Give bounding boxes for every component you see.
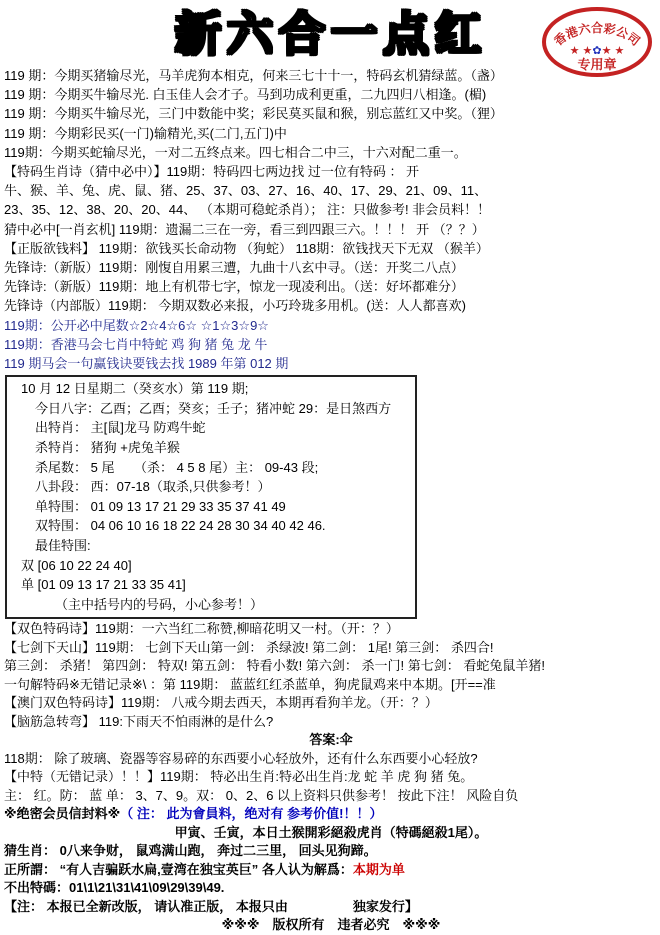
bottom-lines-block: 【双色特码诗】119期：一六当红二称赞,柳暗花明又一村。（开：？） 【七剑下天山… <box>4 620 658 935</box>
text-line-blue: 119期：公开必中尾数☆2☆4☆6☆ ☆1☆3☆9☆ <box>4 316 658 335</box>
box-line: 杀特肖： 猪狗 +虎兔羊猴 <box>13 438 415 458</box>
text-line: 先锋诗:（新版）119期：地上有机带七字，惊龙一现凌利出。（送：好坏都难分） <box>4 277 658 296</box>
box-line: 今日八字：乙酉；乙酉；癸亥；壬子；猪冲蛇 29：是日煞西方 <box>13 399 415 419</box>
text-line: 【双色特码诗】119期：一六当红二称赞,柳暗花明又一村。（开：？） <box>4 620 658 639</box>
text-line: 118期： 除了玻璃、瓷器等容易碎的东西要小心轻放外，还有什么东西要小心轻放? <box>4 750 658 769</box>
tip-sheet-page: 新六合一点红 香港六合彩公司 ★ ★✿★ ★ 专用章 119 期：今期买猪输尽光… <box>0 0 660 935</box>
box-line: 最佳特围: <box>13 536 415 556</box>
box-line: （主中括号内的号码，小心参考！） <box>13 595 415 615</box>
text-line: 119期：今期买蛇输尽光，一对二五终点来。四七相合二中三，十六对配二重一。 <box>4 143 658 162</box>
text-line: 119 期：今期买牛输尽光. 白玉佳人会才子。马到功成利更重，二九四归八相逢。(… <box>4 85 658 104</box>
text-line: 119 期：今期彩民买(一门)输精光,买(二门,五门)中 <box>4 124 658 143</box>
flower-icon: ✿ <box>592 45 601 57</box>
daily-info-box: 10 月 12 日星期二（癸亥水）第 119 期; 今日八字：乙酉；乙酉；癸亥；… <box>5 375 417 619</box>
text-line: 先锋诗（内部版）119期： 今期双数必来报，小巧玲珑多用机。(送：人人都喜欢) <box>4 296 658 315</box>
member-note-line: ※绝密会员信封料※（ 注： 此为會員料，绝对有 参考价值!！！） <box>4 805 658 824</box>
header: 新六合一点红 香港六合彩公司 ★ ★✿★ ★ 专用章 <box>4 4 658 66</box>
text-line: 先锋诗:（新版）119期：刚愎自用累三遭，九曲十八玄中寻。（送：开奖二八点） <box>4 258 658 277</box>
zheng-suowei-red: 本期为单 <box>353 862 405 877</box>
zheng-suowei-black: 正所謂： “有人吉骗跃水扁,壹湾在独宝英巨” 各人认为解爲： <box>4 862 353 877</box>
note-line: 【注： 本报已全新改版， 请认准正版， 本报只由 独家发行】 <box>4 898 658 917</box>
company-stamp: 香港六合彩公司 ★ ★✿★ ★ 专用章 <box>540 4 654 80</box>
cai-shengxiao-line: 猜生肖： 0八来争财， 鼠鸡满山跑， 奔过二三里， 回头见狗蹄。 <box>4 842 658 861</box>
box-date-line: 10 月 12 日星期二（癸亥水）第 119 期; <box>13 379 415 399</box>
text-line: 23、35、12、38、20、20、44、 （本期可稳蛇杀肖）； 注：只做参考!… <box>4 200 658 219</box>
text-line: 【澳门双色特码诗】119期： 八戒今期去西天，本期再看狗羊龙。（开：？） <box>4 694 658 713</box>
stamp-bottom-text: 专用章 <box>577 57 616 72</box>
stamp-stars: ★ ★✿★ ★ <box>570 45 625 57</box>
box-line: 出特肖： 主[鼠]龙马 防鸡牛蛇 <box>13 418 415 438</box>
zheng-suowei-line: 正所謂： “有人吉骗跃水扁,壹湾在独宝英巨” 各人认为解爲：本期为单 <box>4 861 658 880</box>
box-line: 单 [01 09 13 17 21 33 35 41] <box>13 575 415 595</box>
text-line: 【特码生肖诗（猜中必中）】119期：特码四七两边找 过一位有特码 ： 开 <box>4 162 658 181</box>
text-line: 主： 红。防： 蓝 单： 3、7、9。双： 0、2、6 以上资料只供参考！ 按此… <box>4 787 658 806</box>
box-line: 双特围： 04 06 10 16 18 22 24 28 30 34 40 42… <box>13 516 415 536</box>
copyright-line: ※※※ 版权所有 违者必究 ※※※ <box>4 916 658 935</box>
box-line: 八卦段： 西：07-18（取杀,只供参考！） <box>13 477 415 497</box>
text-line-blue: 119 期马会一句赢钱诀要钱去找 1989 年第 012 期 <box>4 354 658 373</box>
text-line: 猜中必中[一肖玄机] 119期：遗漏二三在一旁，看三到四跟三六。！！！ 开 （？… <box>4 220 658 239</box>
member-note-blue: （ 注： 此为會員料，绝对有 参考价值!！！） <box>120 806 382 821</box>
jiayin-line: 甲寅、壬寅，本日土猴開彩絕殺虎肖（特碼絕殺1尾）。 <box>4 824 658 843</box>
text-line: 牛、猴、羊、兔、虎、鼠、猪、25、37、03、27、16、40、17、29、21… <box>4 181 658 200</box>
text-line: 【七剑下天山】119期： 七剑下天山第一剑： 杀绿波! 第二剑： 1尾! 第三剑… <box>4 639 658 658</box>
riddle-answer: 答案:伞 <box>4 731 658 750</box>
text-line: 【中特（无错记录）！！】119期： 特必出生肖:特必出生肖:龙 蛇 羊 虎 狗 … <box>4 768 658 787</box>
box-line: 双 [06 10 22 24 40] <box>13 556 415 576</box>
box-line: 杀尾数： 5 尾 （杀： 4 5 8 尾）主： 09-43 段; <box>13 458 415 478</box>
box-line: 单特围： 01 09 13 17 21 29 33 35 37 41 49 <box>13 497 415 517</box>
text-line: 【脑筋急转弯】 119:下雨天不怕雨淋的是什么? <box>4 713 658 732</box>
text-line-blue: 119期：香港马会七肖中特蛇 鸡 狗 猪 兔 龙 牛 <box>4 335 658 354</box>
bu-chu-tema-line: 不出特碼：01\1\21\31\41\09\29\39\49. <box>4 879 658 898</box>
text-line: 119 期：今期买牛输尽光，三门中数能中奖；彩民莫买鼠和猴，别忘蓝红又中奖。（狸… <box>4 104 658 123</box>
member-note-black: ※绝密会员信封料※ <box>4 806 120 821</box>
text-line: 【正版欲钱料】 119期：欲钱买长命动物 （狗蛇） 118期：欲钱找天下无双 （… <box>4 239 658 258</box>
top-lines-block: 119 期：今期买猪输尽光，马羊虎狗本相克，何来三七十十一，特码玄机猜绿蓝。（盏… <box>4 66 658 373</box>
text-line: 一句解特码※无错记录※\ ：第 119期： 蓝蓝红红杀蓝单，狗虎鼠鸡来中本期。[… <box>4 676 658 695</box>
text-line: 第三剑： 杀猪！ 第四剑： 特双! 第五剑： 特看小数! 第六剑： 杀一门! 第… <box>4 657 658 676</box>
